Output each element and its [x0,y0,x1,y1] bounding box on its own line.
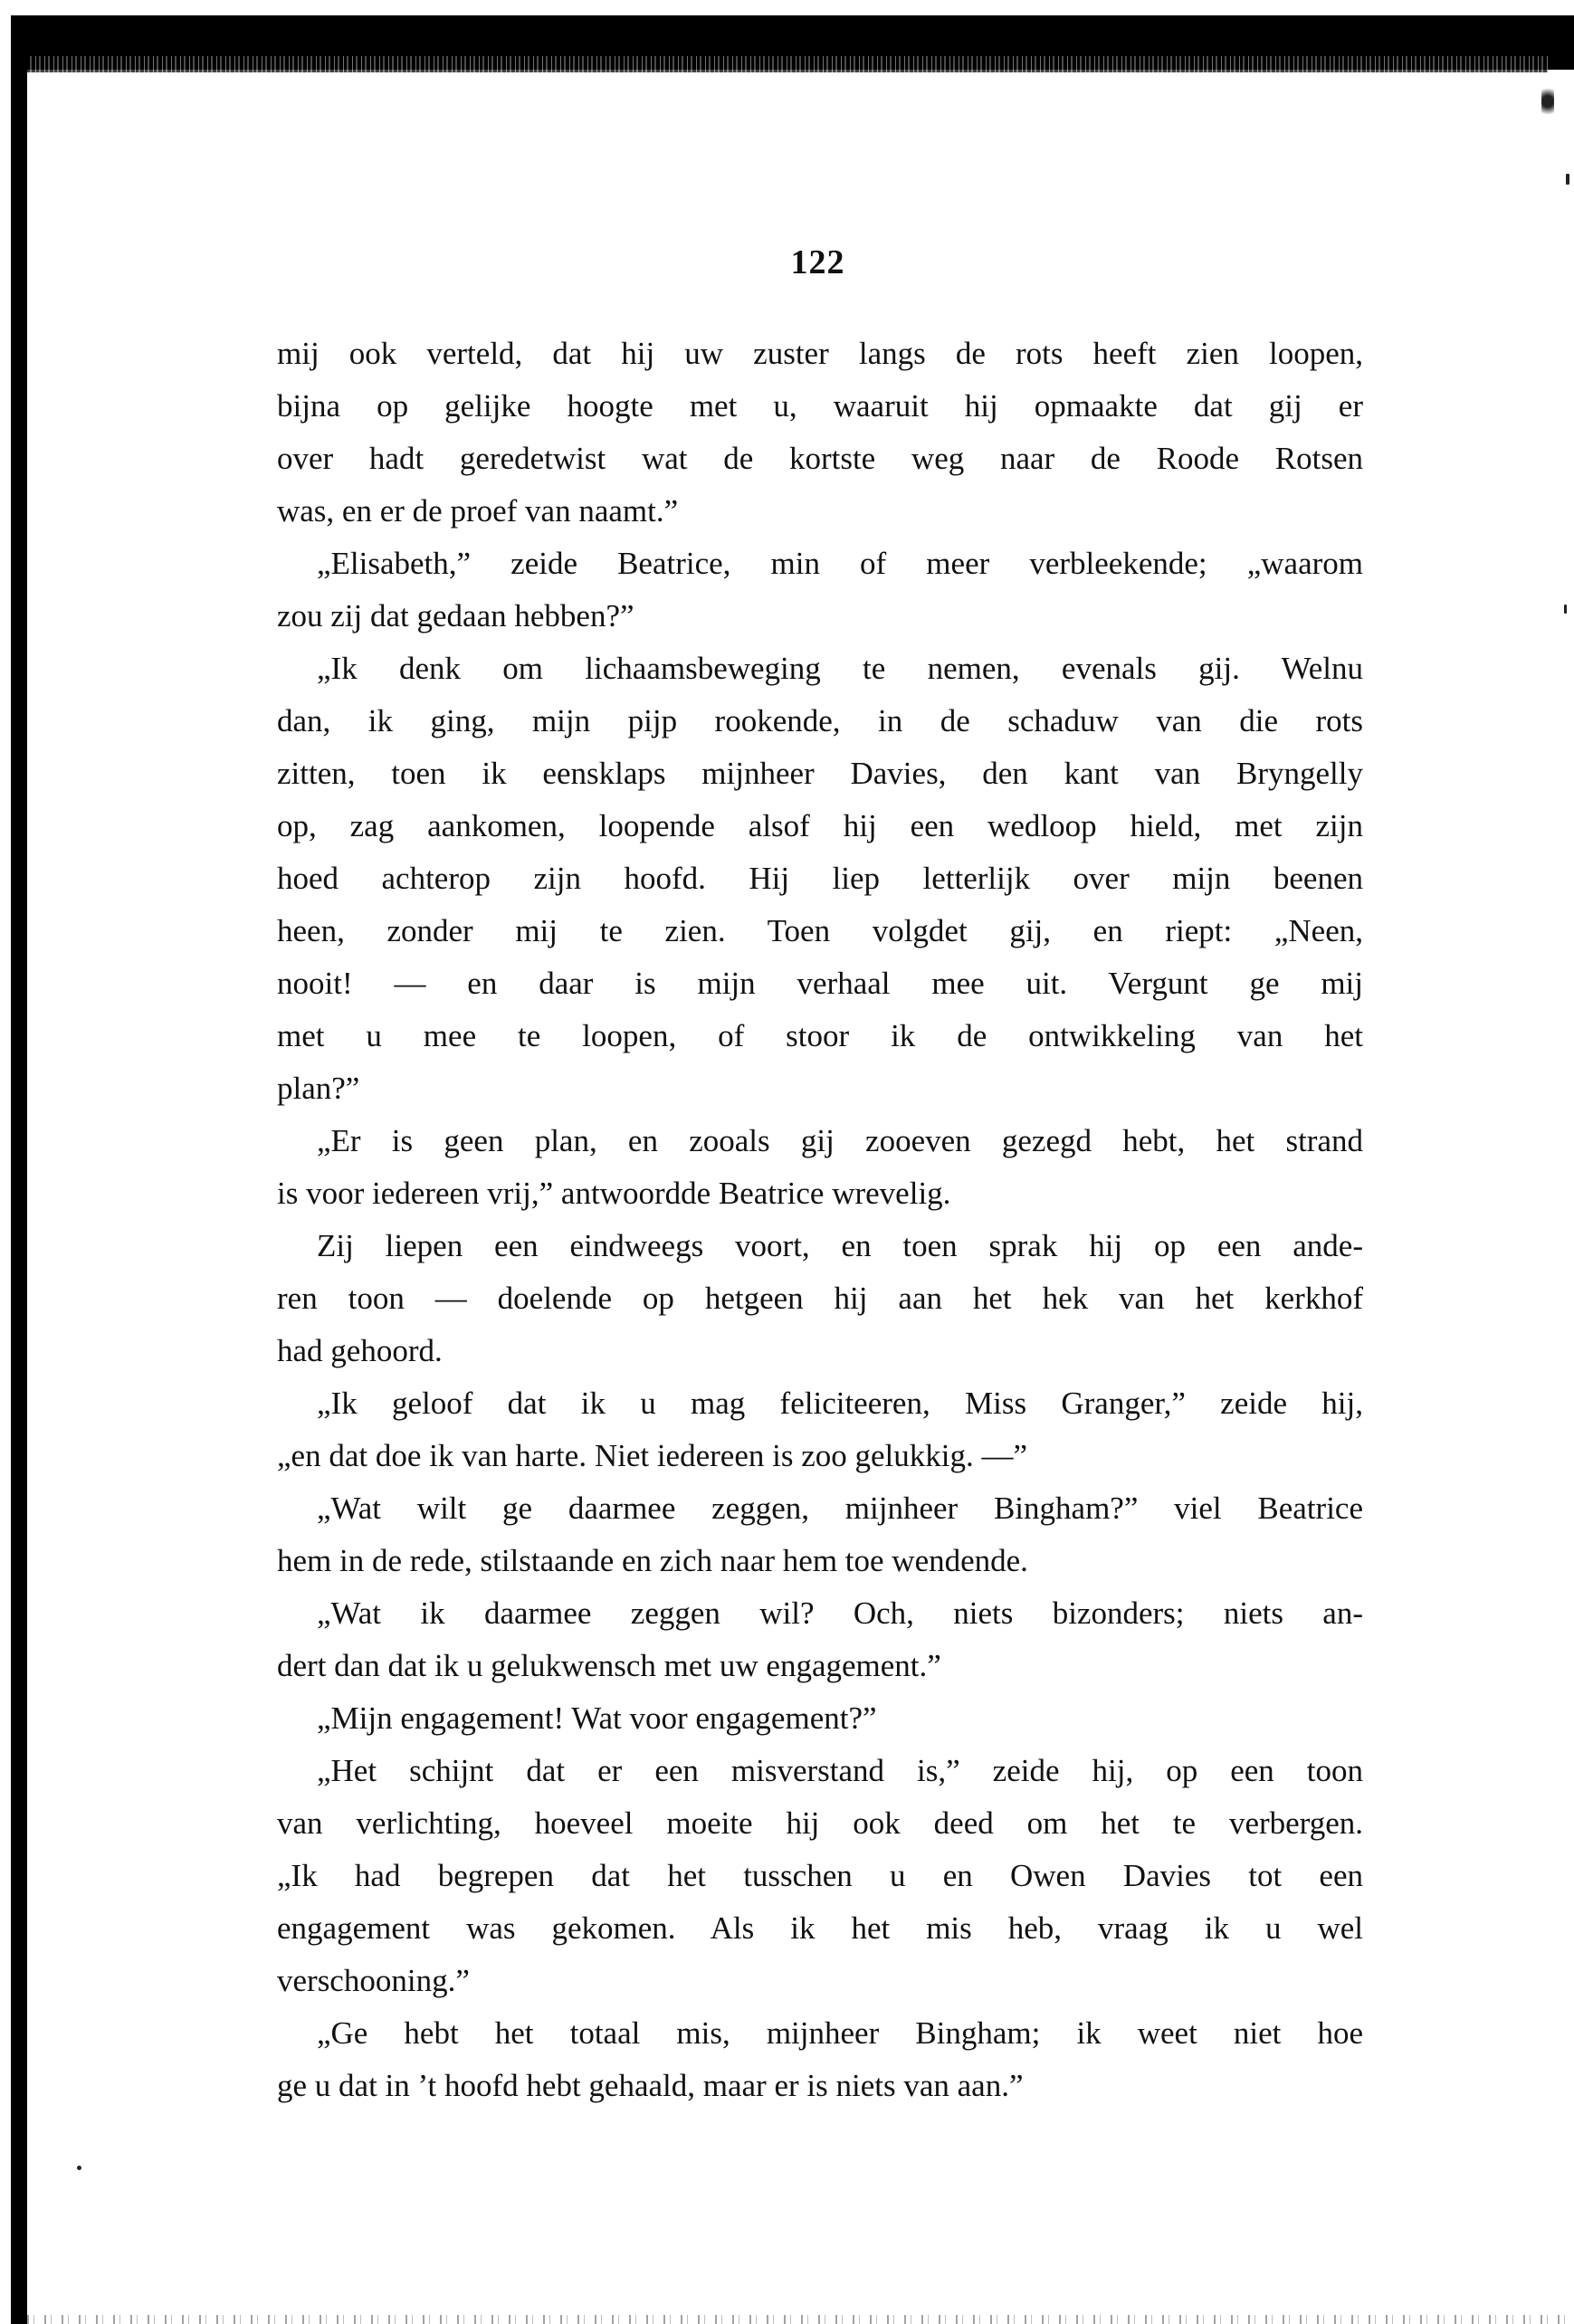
text-line: „Ik denk om lichaamsbeweging te nemen, e… [277,643,1363,695]
text-line: over hadt geredetwist wat de kortste weg… [277,433,1363,485]
text-line: „Ik had begrepen dat het tusschen u en O… [277,1850,1363,1902]
text-line: verschooning.” [277,1955,1363,2007]
scan-speck [1564,605,1567,614]
text-line: op, zag aankomen, loopende alsof hij een… [277,800,1363,852]
scan-left-border [11,15,27,2324]
text-line: zou zij dat gedaan hebben?” [277,590,1363,643]
body-text: mij ook verteld, dat hij uw zuster langs… [277,328,1363,2112]
text-line: ren toon — doelende op hetgeen hij aan h… [277,1272,1363,1325]
scan-bottom-edge-noise [27,2315,1566,2324]
text-line: „en dat doe ik van harte. Niet iedereen … [277,1430,1363,1482]
text-line: „Ik geloof dat ik u mag feliciteeren, Mi… [277,1377,1363,1430]
text-line: is voor iedereen vrij,” antwoordde Beatr… [277,1167,1363,1220]
page-number: 122 [0,243,1574,282]
text-line: bijna op gelijke hoogte met u, waaruit h… [277,380,1363,433]
scan-top-border-fringe [27,56,1548,72]
text-line: Zij liepen een eindweegs voort, en toen … [277,1220,1363,1272]
text-line: „Het schijnt dat er een misverstand is,”… [277,1745,1363,1797]
text-line: „Ge hebt het totaal mis, mijnheer Bingha… [277,2007,1363,2060]
text-line: dan, ik ging, mijn pijp rookende, in de … [277,695,1363,748]
text-line: engagement was gekomen. Als ik het mis h… [277,1902,1363,1955]
text-line: zitten, toen ik eensklaps mijnheer Davie… [277,748,1363,800]
text-line: mij ook verteld, dat hij uw zuster langs… [277,328,1363,380]
text-line: dert dan dat ik u gelukwensch met uw eng… [277,1640,1363,1692]
scan-speck [77,2166,81,2170]
text-line: heen, zonder mij te zien. Toen volgdet g… [277,905,1363,957]
text-line: hoed achterop zijn hoofd. Hij liep lette… [277,852,1363,905]
text-line: „Wat wilt ge daarmee zeggen, mijnheer Bi… [277,1482,1363,1535]
text-line: „Elisabeth,” zeide Beatrice, min of meer… [277,538,1363,590]
text-line: hem in de rede, stilstaande en zich naar… [277,1535,1363,1587]
text-line: van verlichting, hoeveel moeite hij ook … [277,1797,1363,1850]
text-line: plan?” [277,1062,1363,1115]
text-line: ge u dat in ’t hoofd hebt gehaald, maar … [277,2060,1363,2112]
text-line: „Wat ik daarmee zeggen wil? Och, niets b… [277,1587,1363,1640]
text-line: met u mee te loopen, of stoor ik de ontw… [277,1010,1363,1062]
text-line: „Mijn engagement! Wat voor engagement?” [277,1692,1363,1745]
text-line: was, en er de proef van naamt.” [277,485,1363,538]
text-line: nooit! — en daar is mijn verhaal mee uit… [277,957,1363,1010]
text-line: „Er is geen plan, en zooals gij zooeven … [277,1115,1363,1167]
scan-speck [1566,174,1569,185]
scan-corner-smudge [1541,83,1554,119]
text-line: had gehoord. [277,1325,1363,1377]
